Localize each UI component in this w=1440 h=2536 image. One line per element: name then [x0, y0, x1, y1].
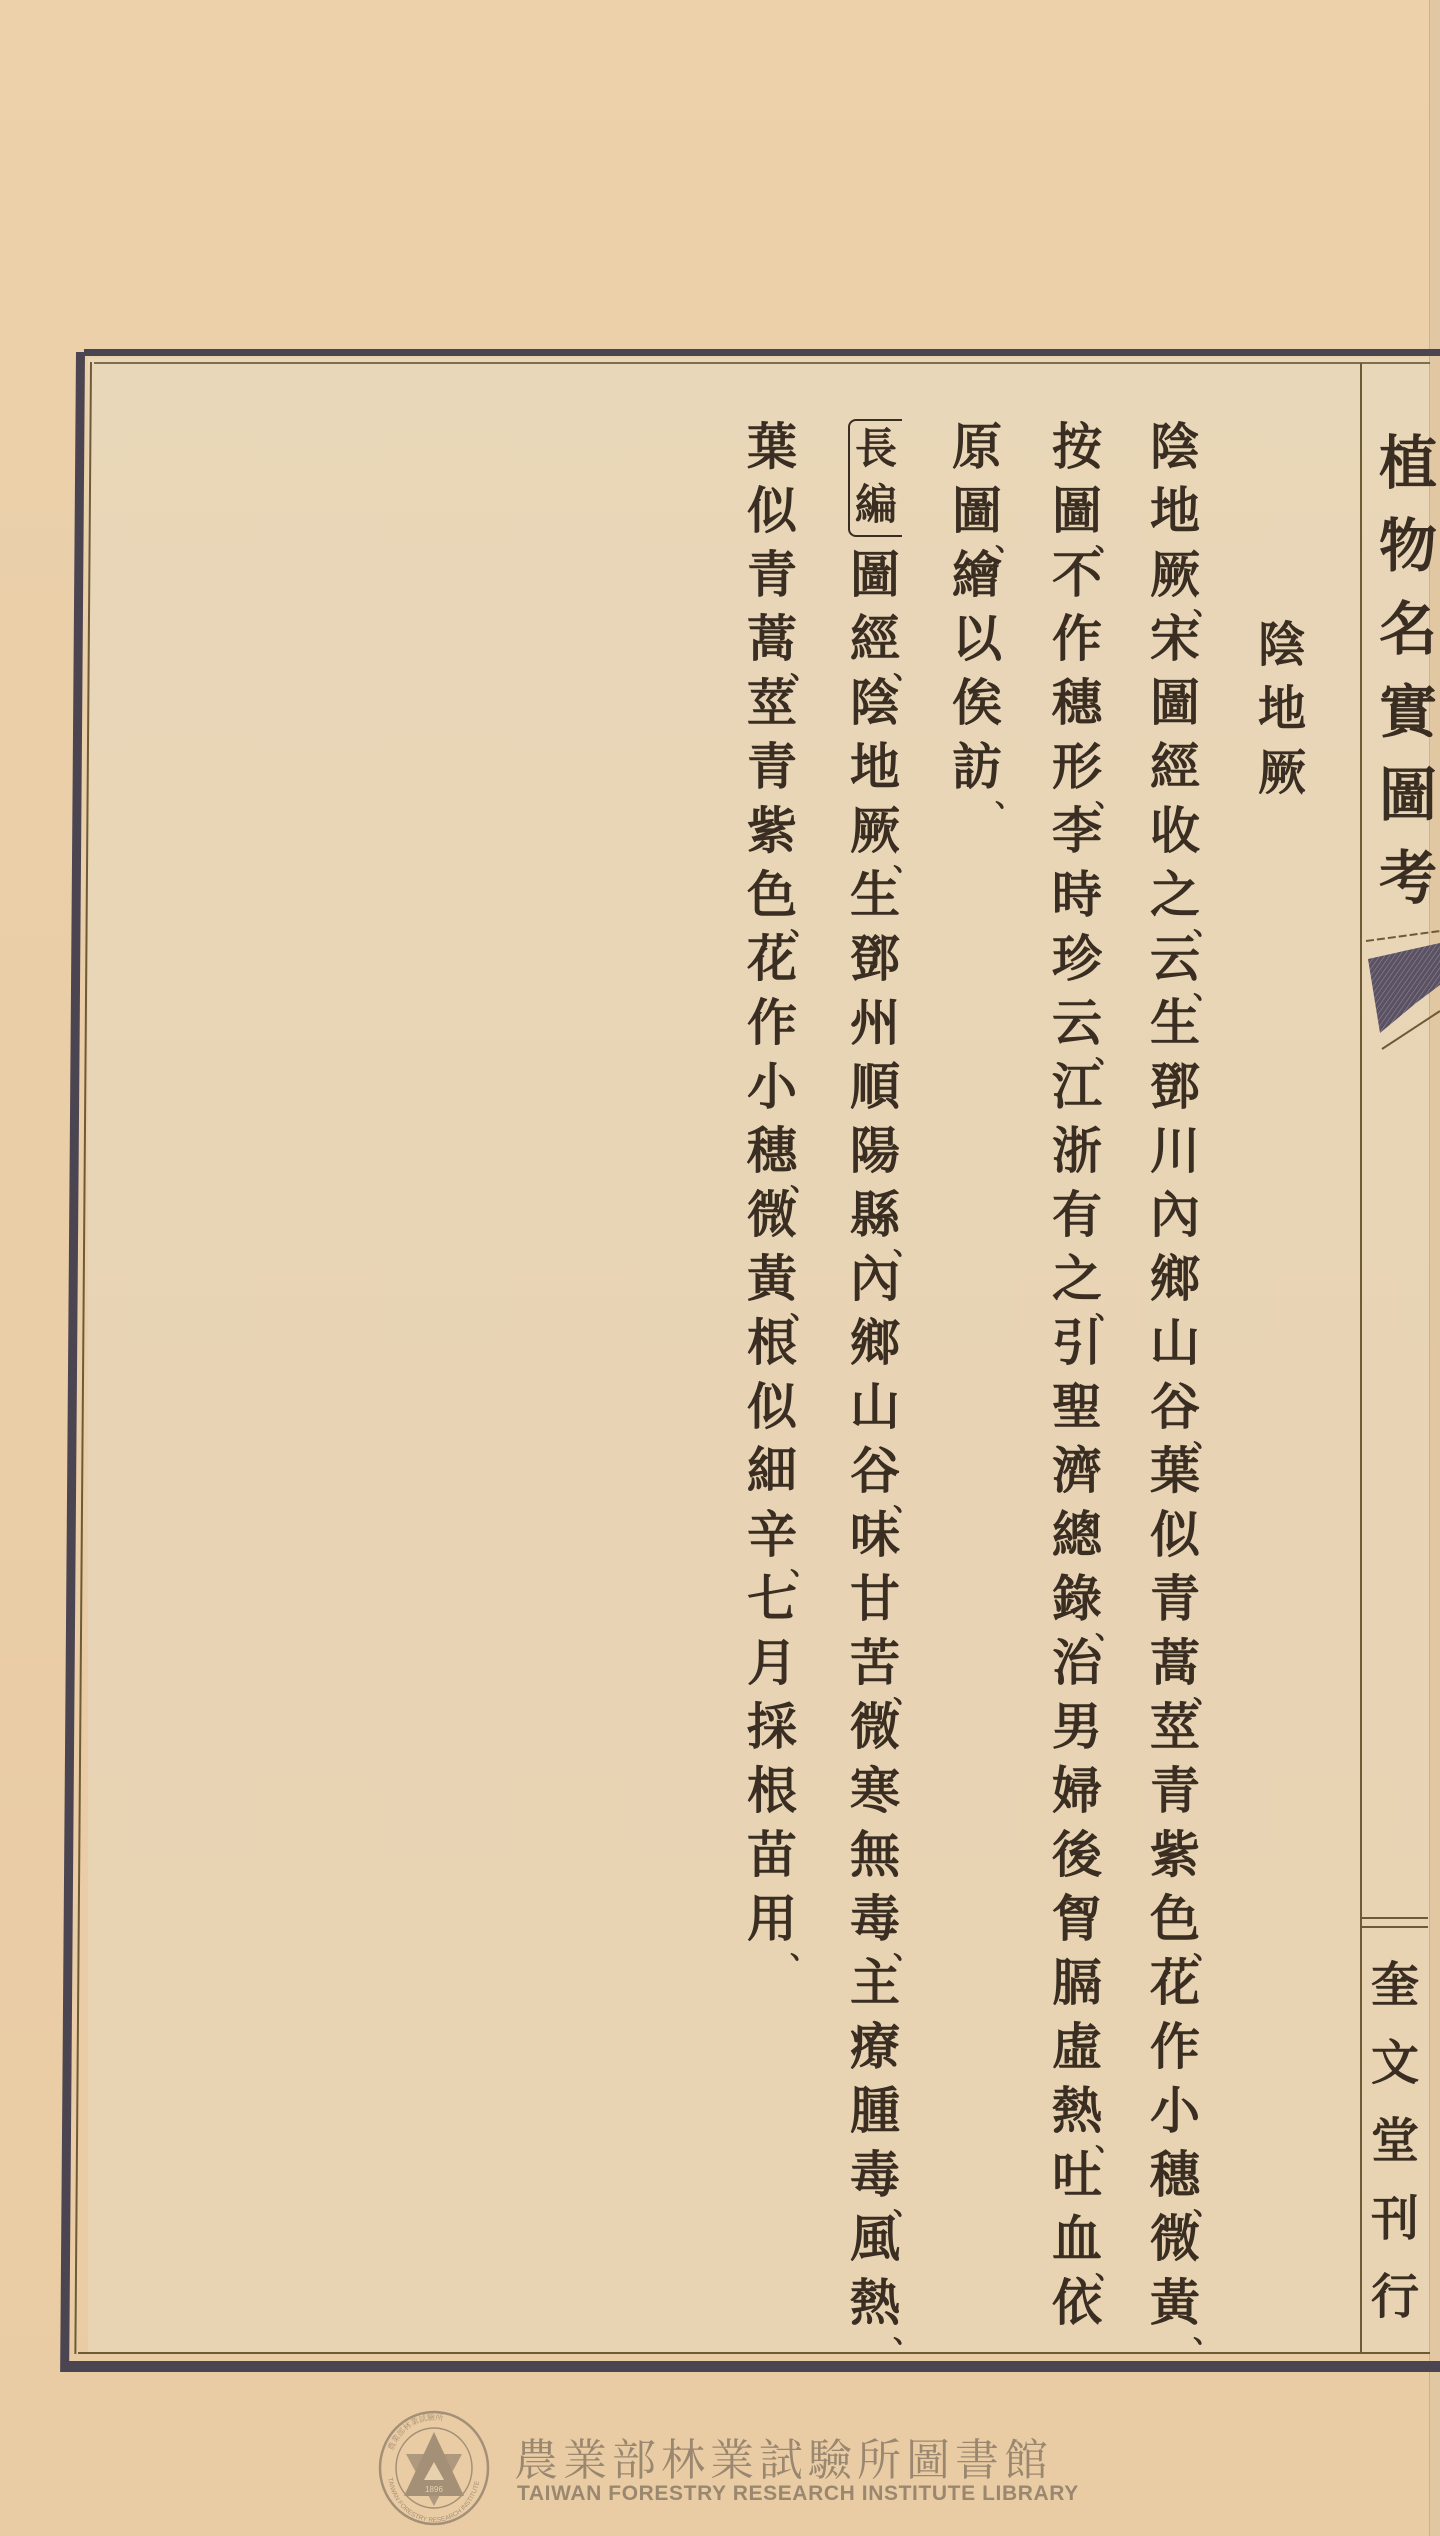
- glyph: 風: [843, 2207, 907, 2271]
- glyph: 穗、: [1143, 2143, 1207, 2207]
- glyph: 男: [1045, 1695, 1109, 1759]
- glyph: 虛: [1045, 2015, 1109, 2079]
- glyph: 總: [1045, 1503, 1109, 1567]
- glyph: 圖: [1376, 754, 1440, 837]
- center-band-divider: [1360, 363, 1362, 2353]
- glyph: 厥、: [843, 799, 907, 863]
- text-column-4: 長編圖經、陰地厥、生鄧州順陽縣、內鄉山谷、味甘苦、微寒無毒、主療腫毒、風熱、: [843, 415, 907, 2335]
- glyph: 穗、: [740, 1119, 804, 1183]
- library-logo-icon: 農業部林業試驗所 TAIWAN FORESTRY RESEARCH INSTIT…: [376, 2410, 492, 2526]
- glyph: 作: [1045, 607, 1109, 671]
- glyph: 之、: [1143, 863, 1207, 927]
- bracketed-annotation: 長編: [848, 419, 902, 537]
- glyph: 經: [1143, 735, 1207, 799]
- frame-top-border: [84, 349, 1440, 356]
- glyph: 熱、: [843, 2271, 907, 2335]
- glyph: 微: [843, 1695, 907, 1759]
- glyph: 色、: [1143, 1887, 1207, 1951]
- punctuation-mark: 、: [893, 2319, 921, 2347]
- glyph: 治: [1045, 1631, 1109, 1695]
- glyph: 時: [1045, 863, 1109, 927]
- glyph: 刊: [1363, 2180, 1427, 2258]
- glyph: 之、: [1045, 1247, 1109, 1311]
- glyph: 陽: [843, 1119, 907, 1183]
- glyph: 微: [1143, 2207, 1207, 2271]
- glyph: 以: [945, 607, 1009, 671]
- glyph: 陰: [843, 671, 907, 735]
- glyph: 山: [843, 1375, 907, 1439]
- glyph: 鄉: [1143, 1247, 1207, 1311]
- glyph: 青: [1143, 1567, 1207, 1631]
- frame-bottom-inner-rule: [78, 2352, 1430, 2354]
- glyph: 文: [1363, 2024, 1427, 2102]
- glyph: 採: [740, 1695, 804, 1759]
- glyph: 考: [1376, 837, 1440, 920]
- glyph: 川: [1143, 1119, 1207, 1183]
- glyph: 按: [1045, 415, 1109, 479]
- glyph: 青: [740, 735, 804, 799]
- punctuation-mark: 、: [995, 783, 1023, 811]
- glyph: 腫: [843, 2079, 907, 2143]
- glyph: 繪: [945, 543, 1009, 607]
- glyph: 地: [1143, 479, 1207, 543]
- glyph: 陰: [1250, 613, 1314, 677]
- glyph: 聖: [1045, 1375, 1109, 1439]
- glyph: 厥、: [1143, 543, 1207, 607]
- fishtail-mark-icon: [1362, 925, 1440, 1065]
- glyph: 浙: [1045, 1119, 1109, 1183]
- glyph: 青: [1143, 1759, 1207, 1823]
- glyph: 云、: [1143, 927, 1207, 991]
- glyph: 似: [1143, 1503, 1207, 1567]
- glyph: 內: [1143, 1183, 1207, 1247]
- glyph: 依: [1045, 2271, 1109, 2335]
- glyph: 莖: [1143, 1695, 1207, 1759]
- glyph: 紫: [740, 799, 804, 863]
- glyph: 濟: [1045, 1439, 1109, 1503]
- glyph: 花: [1143, 1951, 1207, 2015]
- scanned-book-page: 植物名實圖考 奎文堂刊行 陰地厥 陰地厥、宋圖經收之、云、生鄧川內鄉山谷、葉似青…: [0, 0, 1440, 2536]
- glyph: 無: [843, 1823, 907, 1887]
- glyph: 不: [1045, 543, 1109, 607]
- glyph: 小: [740, 1055, 804, 1119]
- glyph: 苗: [740, 1823, 804, 1887]
- glyph: 甘: [843, 1567, 907, 1631]
- glyph: 生: [1143, 991, 1207, 1055]
- glyph: 蒿、: [1143, 1631, 1207, 1695]
- glyph: 小: [1143, 2079, 1207, 2143]
- glyph: 七: [740, 1567, 804, 1631]
- glyph: 血、: [1045, 2207, 1109, 2271]
- glyph: 谷、: [843, 1439, 907, 1503]
- glyph: 經、: [843, 607, 907, 671]
- glyph: 作: [1143, 2015, 1207, 2079]
- glyph: 名: [1376, 588, 1440, 671]
- glyph: 圖、: [945, 479, 1009, 543]
- glyph: 谷、: [1143, 1375, 1207, 1439]
- glyph: 宋: [1143, 607, 1207, 671]
- glyph: 婦: [1045, 1759, 1109, 1823]
- glyph: 李: [1045, 799, 1109, 863]
- glyph: 胷: [1045, 1887, 1109, 1951]
- library-name-zh: 農業部林業試驗所圖書館: [514, 2424, 1074, 2488]
- band-double-rule-top: [1362, 1917, 1428, 1919]
- glyph: 縣、: [843, 1183, 907, 1247]
- glyph: 主: [843, 1951, 907, 2015]
- glyph: 實: [1376, 671, 1440, 754]
- logo-year: 1896: [425, 2485, 443, 2494]
- glyph: 療: [843, 2015, 907, 2079]
- glyph: 收: [1143, 799, 1207, 863]
- glyph: 蒿、: [740, 607, 804, 671]
- glyph: 奎: [1363, 1946, 1427, 2024]
- glyph: 作: [740, 991, 804, 1055]
- glyph: 訪、: [945, 735, 1009, 799]
- glyph: 堂: [1363, 2102, 1427, 2180]
- glyph: 根: [740, 1311, 804, 1375]
- glyph: 細: [740, 1439, 804, 1503]
- glyph: 似: [740, 1375, 804, 1439]
- glyph: 內: [843, 1247, 907, 1311]
- frame-bottom-border: [66, 2361, 1440, 2372]
- glyph: 似: [740, 479, 804, 543]
- glyph: 莖: [740, 671, 804, 735]
- punctuation-mark: 、: [1193, 2319, 1221, 2347]
- glyph: 毒、: [843, 1887, 907, 1951]
- glyph: 黃、: [1143, 2271, 1207, 2335]
- glyph: 月: [740, 1631, 804, 1695]
- running-title: 植物名實圖考: [1376, 422, 1440, 920]
- band-double-rule-bottom: [1362, 1926, 1428, 1928]
- glyph: 膈: [1045, 1951, 1109, 2015]
- publisher-imprint: 奎文堂刊行: [1363, 1946, 1427, 2336]
- glyph: 錄、: [1045, 1567, 1109, 1631]
- text-column-5: 葉似青蒿、莖青紫色、花作小穗、微黃、根似細辛、七月採根苗用、: [740, 415, 804, 1951]
- glyph: 圖: [1143, 671, 1207, 735]
- glyph: 熱、: [1045, 2079, 1109, 2143]
- glyph: 厥: [1250, 741, 1314, 805]
- glyph: 江: [1045, 1055, 1109, 1119]
- glyph: 云、: [1045, 991, 1109, 1055]
- text-column-2: 按圖、不作穗形、李時珍云、江浙有之、引聖濟總錄、治男婦後胷膈虛熱、吐血、依: [1045, 415, 1109, 2335]
- glyph: 鄧: [1143, 1055, 1207, 1119]
- page-edge: [1429, 0, 1440, 2536]
- glyph: 山: [1143, 1311, 1207, 1375]
- glyph: 黃、: [740, 1247, 804, 1311]
- glyph: 珍: [1045, 927, 1109, 991]
- glyph: 苦、: [843, 1631, 907, 1695]
- glyph: 順: [843, 1055, 907, 1119]
- library-name-en: TAIWAN FORESTRY RESEARCH INSTITUTE LIBRA…: [517, 2482, 1077, 2506]
- glyph: 植: [1376, 422, 1440, 505]
- glyph: 葉: [1143, 1439, 1207, 1503]
- glyph: 味: [843, 1503, 907, 1567]
- glyph: 穗: [1045, 671, 1109, 735]
- glyph: 色、: [740, 863, 804, 927]
- punctuation-mark: 、: [790, 1935, 818, 1963]
- glyph: 紫: [1143, 1823, 1207, 1887]
- glyph: 用、: [740, 1887, 804, 1951]
- glyph: 物: [1376, 505, 1440, 588]
- glyph: 有: [1045, 1183, 1109, 1247]
- glyph: 葉: [740, 415, 804, 479]
- glyph: 州: [843, 991, 907, 1055]
- text-column-3: 原圖、繪以俟訪、: [945, 415, 1009, 799]
- glyph: 圖: [843, 543, 907, 607]
- glyph: 花: [740, 927, 804, 991]
- glyph: 根: [740, 1759, 804, 1823]
- entry-title: 陰地厥: [1250, 613, 1314, 805]
- glyph: 微: [740, 1183, 804, 1247]
- glyph: 後: [1045, 1823, 1109, 1887]
- glyph: 圖、: [1045, 479, 1109, 543]
- glyph: 鄧: [843, 927, 907, 991]
- glyph: 鄉: [843, 1311, 907, 1375]
- glyph: 青: [740, 543, 804, 607]
- glyph: 俟: [945, 671, 1009, 735]
- glyph: 吐: [1045, 2143, 1109, 2207]
- glyph: 編: [851, 477, 901, 533]
- glyph: 寒: [843, 1759, 907, 1823]
- glyph: 行: [1363, 2258, 1427, 2336]
- glyph: 地: [1250, 677, 1314, 741]
- glyph: 陰: [1143, 415, 1207, 479]
- glyph: 長: [851, 421, 901, 477]
- frame-top-inner-rule: [94, 362, 1430, 364]
- glyph: 毒、: [843, 2143, 907, 2207]
- glyph: 地: [843, 735, 907, 799]
- text-column-1: 陰地厥、宋圖經收之、云、生鄧川內鄉山谷、葉似青蒿、莖青紫色、花作小穗、微黃、: [1143, 415, 1207, 2335]
- glyph: 原: [945, 415, 1009, 479]
- glyph: 引: [1045, 1311, 1109, 1375]
- glyph: 形、: [1045, 735, 1109, 799]
- glyph: 辛、: [740, 1503, 804, 1567]
- glyph: 生: [843, 863, 907, 927]
